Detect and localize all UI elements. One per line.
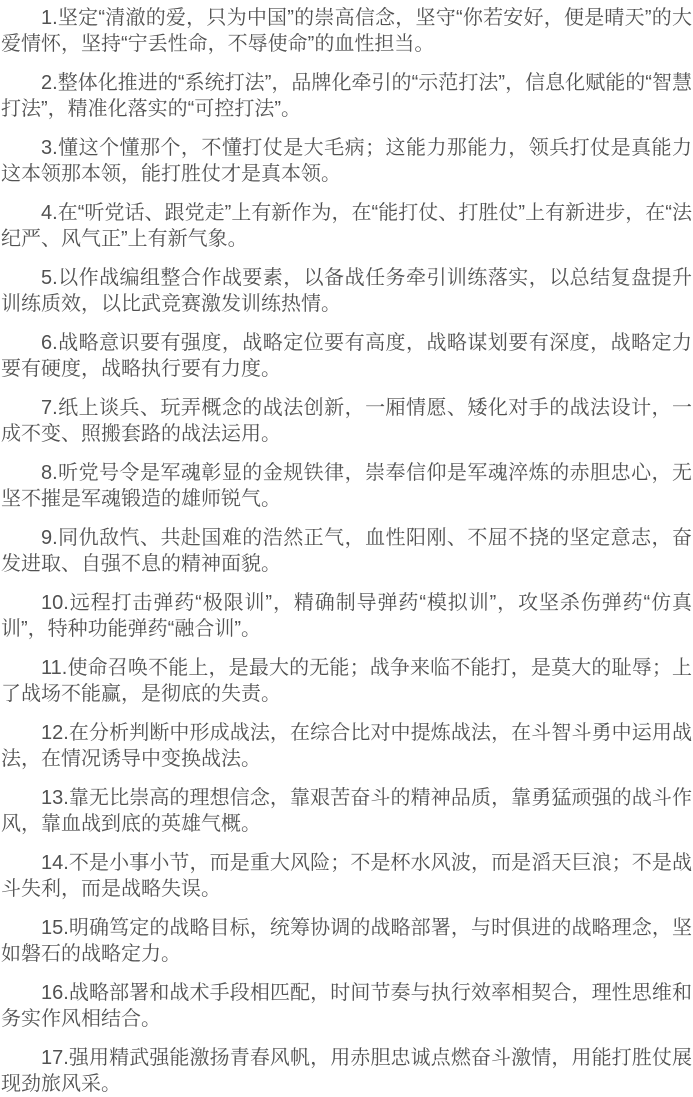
paragraph-5: 5.以作战编组整合作战要素，以备战任务牵引训练落实，以总结复盘提升训练质效，以比… [1, 265, 692, 317]
paragraph-10: 10.远程打击弹药“极限训”，精确制导弹药“模拟训”，攻坚杀伤弹药“仿真训”，特… [1, 590, 692, 642]
paragraph-12: 12.在分析判断中形成战法，在综合比对中提炼战法，在斗智斗勇中运用战法，在情况诱… [1, 720, 692, 772]
paragraph-1: 1.坚定“清澈的爱，只为中国”的崇高信念，坚守“你若安好，便是晴天”的大爱情怀，… [1, 5, 692, 57]
paragraph-14: 14.不是小事小节，而是重大风险；不是杯水风波，而是滔天巨浪；不是战斗失利，而是… [1, 850, 692, 902]
paragraph-2: 2.整体化推进的“系统打法”，品牌化牵引的“示范打法”，信息化赋能的“智慧打法”… [1, 70, 692, 122]
paragraph-13: 13.靠无比崇高的理想信念，靠艰苦奋斗的精神品质，靠勇猛顽强的战斗作风，靠血战到… [1, 785, 692, 837]
paragraph-9: 9.同仇敌忾、共赴国难的浩然正气，血性阳刚、不屈不挠的坚定意志，奋发进取、自强不… [1, 525, 692, 577]
paragraph-4: 4.在“听党话、跟党走”上有新作为，在“能打仗、打胜仗”上有新进步，在“法纪严、… [1, 200, 692, 252]
paragraph-8: 8.听党号令是军魂彰显的金规铁律，崇奉信仰是军魂淬炼的赤胆忠心，无坚不摧是军魂锻… [1, 460, 692, 512]
document-page: 1.坚定“清澈的爱，只为中国”的崇高信念，坚守“你若安好，便是晴天”的大爱情怀，… [0, 0, 693, 1097]
paragraph-7: 7.纸上谈兵、玩弄概念的战法创新，一厢情愿、矮化对手的战法设计，一成不变、照搬套… [1, 395, 692, 447]
paragraph-16: 16.战略部署和战术手段相匹配，时间节奏与执行效率相契合，理性思维和务实作风相结… [1, 980, 692, 1032]
paragraph-17: 17.强用精武强能激扬青春风帆，用赤胆忠诚点燃奋斗激情，用能打胜仗展现劲旅风采。 [1, 1045, 692, 1097]
paragraph-15: 15.明确笃定的战略目标，统筹协调的战略部署，与时俱进的战略理念，坚如磐石的战略… [1, 915, 692, 967]
paragraph-3: 3.懂这个懂那个，不懂打仗是大毛病；这能力那能力，领兵打仗是真能力这本领那本领，… [1, 135, 692, 187]
paragraph-11: 11.使命召唤不能上，是最大的无能；战争来临不能打，是莫大的耻辱；上了战场不能赢… [1, 655, 692, 707]
paragraph-6: 6.战略意识要有强度，战略定位要有高度，战略谋划要有深度，战略定力要有硬度，战略… [1, 330, 692, 382]
